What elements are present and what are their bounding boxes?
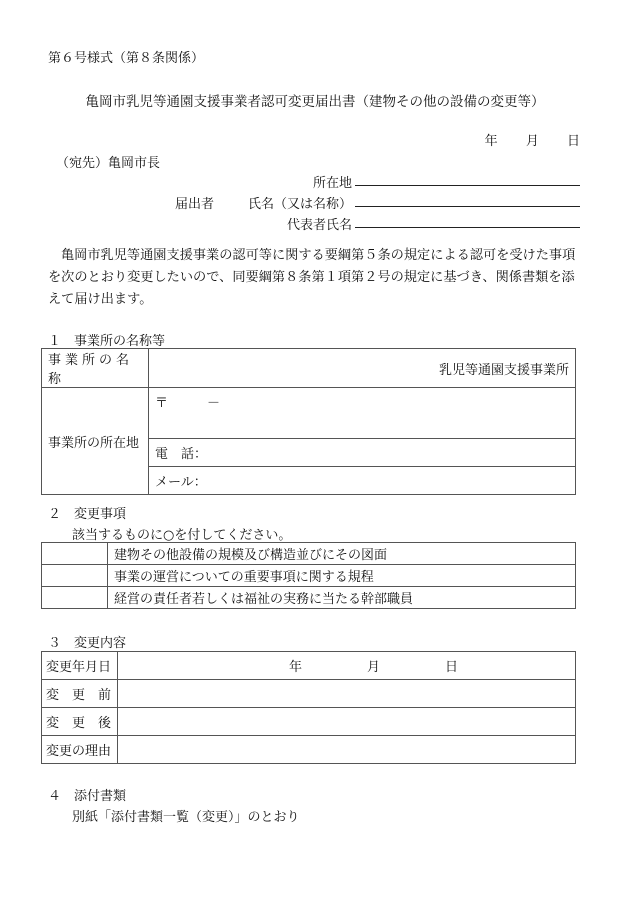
section4-heading: ４ 添付書類	[48, 785, 126, 804]
date-day: 日	[567, 134, 580, 149]
form-number: 第６号様式（第８条関係）	[48, 47, 204, 66]
name-field[interactable]	[355, 206, 580, 207]
change-item-mark[interactable]	[42, 587, 108, 609]
body-paragraph: 亀岡市乳児等通園支援事業の認可等に関する要綱第５条の規定による認可を受けた事項を…	[48, 245, 583, 311]
before-change-label: 変 更 前	[42, 680, 118, 708]
postal-field[interactable]: 〒 －	[149, 388, 576, 439]
facility-name-value[interactable]: 乳児等通園支援事業所	[149, 349, 576, 388]
change-details-table: 変更年月日 年 月 日 変 更 前 変 更 後 変更の理由	[41, 651, 576, 764]
attachments-note: 別紙「添付書類一覧（変更）」のとおり	[72, 806, 300, 825]
change-date-value[interactable]: 年 月 日	[118, 652, 576, 680]
facility-location-label: 事業所の所在地	[42, 388, 149, 495]
phone-field[interactable]: 電 話：	[149, 439, 576, 467]
section2-heading: ２ 変更事項	[48, 503, 126, 522]
date-month: 月	[526, 134, 539, 149]
section2-instruction: 該当するものに○を付してください。	[72, 524, 291, 543]
change-item-mark[interactable]	[42, 565, 108, 587]
representative-label: 代表者氏名	[287, 214, 352, 233]
date-year: 年	[485, 134, 498, 149]
change-item-label: 建物その他設備の規模及び構造並びにその図面	[108, 543, 576, 565]
representative-field[interactable]	[355, 227, 580, 228]
address-label: 所在地	[313, 172, 352, 191]
address-field[interactable]	[355, 185, 580, 186]
after-change-value[interactable]	[118, 708, 576, 736]
change-item-mark[interactable]	[42, 543, 108, 565]
change-items-table: 建物その他設備の規模及び構造並びにその図面 事業の運営についての重要事項に関する…	[41, 542, 576, 609]
before-change-value[interactable]	[118, 680, 576, 708]
change-reason-value[interactable]	[118, 736, 576, 764]
change-reason-label: 変更の理由	[42, 736, 118, 764]
change-item-label: 経営の責任者若しくは福祉の実務に当たる幹部職員	[108, 587, 576, 609]
section1-heading: １ 事業所の名称等	[48, 330, 165, 349]
section3-heading: ３ 変更内容	[48, 632, 126, 651]
facility-name-label: 事業所の名称	[42, 349, 149, 388]
name-label: 氏名（又は名称）	[248, 193, 352, 212]
after-change-label: 変 更 後	[42, 708, 118, 736]
facility-table: 事業所の名称 乳児等通園支援事業所 事業所の所在地 〒 － 電 話： メール：	[41, 348, 576, 495]
change-date-label: 変更年月日	[42, 652, 118, 680]
applicant-label: 届出者	[175, 193, 214, 212]
addressee: （宛先）亀岡市長	[56, 152, 160, 171]
date-line: 年 月 日	[461, 130, 580, 149]
change-item-label: 事業の運営についての重要事項に関する規程	[108, 565, 576, 587]
email-field[interactable]: メール：	[149, 467, 576, 495]
document-title: 亀岡市乳児等通園支援事業者認可変更届出書（建物その他の設備の変更等）	[0, 90, 630, 110]
